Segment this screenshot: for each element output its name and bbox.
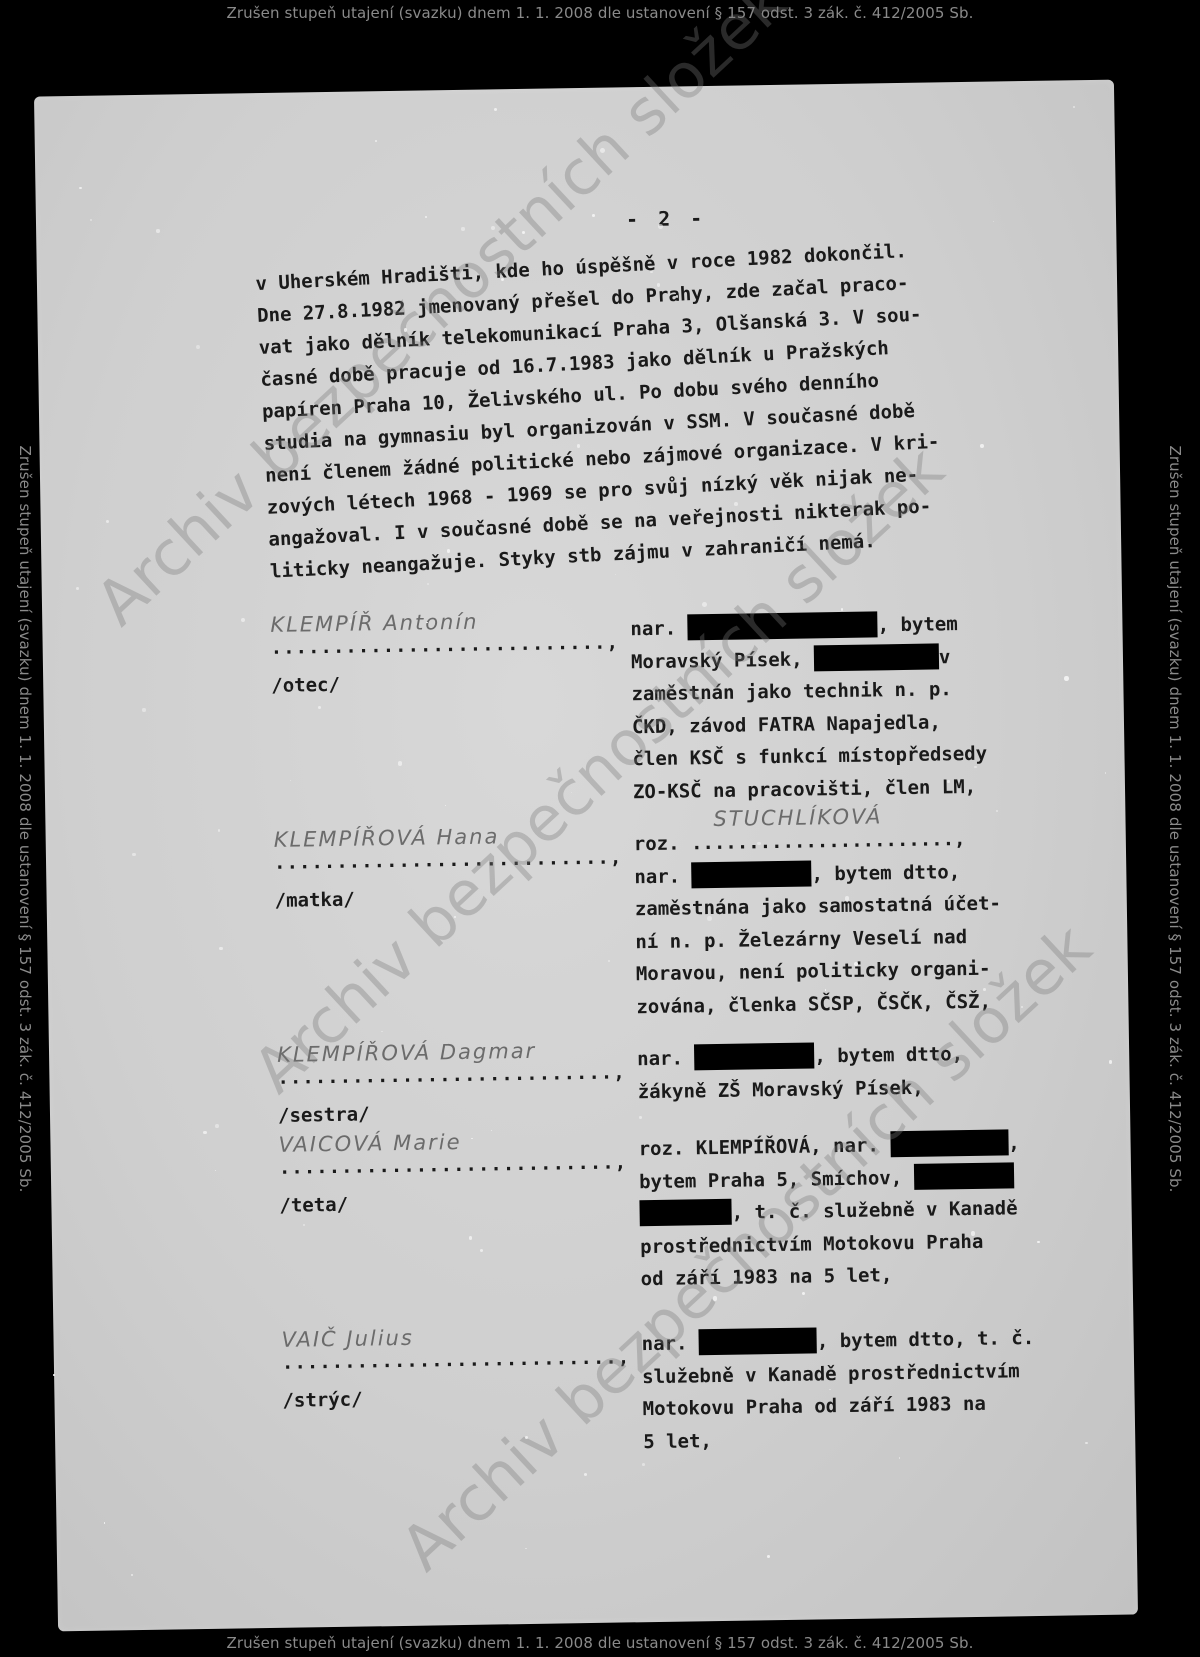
name-dotted-line: ..........................., — [274, 846, 623, 873]
detail-line: ZO-KSČ na pracovišti, člen LM, — [633, 770, 988, 808]
entry-details: nar. , bytem dtto, t. č.služebně v Kanad… — [641, 1322, 1036, 1458]
relation-label: /strýc/ — [282, 1389, 362, 1412]
redaction-bar — [699, 1327, 817, 1355]
relation-label: /otec/ — [271, 674, 340, 697]
document-content: - 2 - v Uherském Hradišti, kde ho úspěšn… — [34, 80, 1138, 1632]
page-number: - 2 - — [626, 206, 707, 231]
family-entry: KLEMPÍŘ Antonín.........................… — [270, 600, 1090, 613]
relation-label: /teta/ — [279, 1194, 348, 1217]
redaction-bar — [694, 1042, 814, 1070]
relation-label: /sestra/ — [278, 1103, 370, 1126]
entry-details: nar. , bytemMoravský Písek, vzaměstnán j… — [630, 608, 988, 809]
detail-line: Motokovu Praha od září 1983 na — [642, 1387, 1035, 1426]
detail-line: od září 1983 na 5 let, — [640, 1257, 1022, 1295]
handwritten-name: VAICOVÁ Marie — [278, 1130, 461, 1157]
handwritten-name: KLEMPÍŘOVÁ Hana — [274, 824, 500, 852]
family-entry: VAIČ Julius...........................,/… — [281, 1315, 1101, 1328]
redaction-bar — [814, 643, 939, 671]
body-paragraph: v Uherském Hradišti, kde ho úspěšně v ro… — [255, 230, 1030, 588]
detail-line: prostřednictvím Motokovu Praha — [640, 1225, 1022, 1263]
detail-line: zaměstnán jako technik n. p. — [631, 673, 986, 711]
declassification-note-right: Zrušen stupeň utajení (svazku) dnem 1. 1… — [1166, 389, 1184, 1249]
detail-line: roz. KLEMPÍŘOVÁ, nar. , — [638, 1127, 1020, 1165]
declassification-note-left: Zrušen stupeň utajení (svazku) dnem 1. 1… — [16, 389, 34, 1249]
document-page: - 2 - v Uherském Hradišti, kde ho úspěšn… — [34, 80, 1138, 1632]
detail-line: zována, členka SČSP, ČSČK, ČSŽ, — [636, 985, 1003, 1023]
family-entry: KLEMPÍŘOVÁ HanaSTUCHLÍKOVÁ..............… — [274, 815, 1094, 828]
entry-details: roz. .......................,nar. , byte… — [634, 822, 1003, 1023]
redaction-bar — [639, 1199, 731, 1226]
handwritten-name: KLEMPÍŘ Antonín — [270, 610, 479, 637]
detail-line: nar. , bytem dtto, t. č. — [641, 1322, 1034, 1361]
name-dotted-line: ..........................., — [279, 1151, 628, 1178]
redaction-bar — [913, 1162, 1013, 1190]
name-dotted-line: ..........................., — [282, 1346, 631, 1373]
detail-line: zaměstnána jako samostatná účet- — [635, 887, 1002, 925]
detail-line: žákyně ZŠ Moravský Písek, — [637, 1071, 963, 1109]
entry-details: roz. KLEMPÍŘOVÁ, nar. ,bytem Praha 5, Sm… — [638, 1127, 1022, 1295]
relation-label: /matka/ — [275, 889, 355, 912]
entry-details: nar. , bytem dtto,žákyně ZŠ Moravský Pís… — [637, 1038, 964, 1108]
redaction-bar — [890, 1129, 1008, 1157]
family-entry: VAICOVÁ Marie...........................… — [278, 1120, 1098, 1133]
declassification-note-bottom: Zrušen stupeň utajení (svazku) dnem 1. 1… — [0, 1634, 1200, 1652]
detail-line: 5 let, — [643, 1420, 1036, 1459]
redaction-bar — [687, 611, 877, 640]
detail-line: člen KSČ s funkcí místopředsedy — [632, 738, 987, 776]
family-entry: KLEMPÍŘOVÁ Dagmar.......................… — [277, 1030, 1097, 1043]
handwritten-name: VAIČ Julius — [281, 1326, 414, 1352]
detail-line: nar. , bytem dtto, — [637, 1038, 963, 1076]
detail-line: nar. , bytem — [630, 608, 985, 646]
declassification-note-top: Zrušen stupeň utajení (svazku) dnem 1. 1… — [0, 4, 1200, 22]
redaction-bar — [691, 860, 811, 888]
detail-line: , t. č. služebně v Kanadě — [639, 1192, 1021, 1230]
family-entries: KLEMPÍŘ Antonín.........................… — [34, 80, 1114, 97]
name-dotted-line: ..........................., — [271, 631, 620, 658]
detail-line: Moravou, není politicky organi- — [636, 952, 1003, 990]
name-dotted-line: ..........................., — [277, 1061, 626, 1088]
detail-line: roz. ......................., — [634, 822, 1001, 860]
